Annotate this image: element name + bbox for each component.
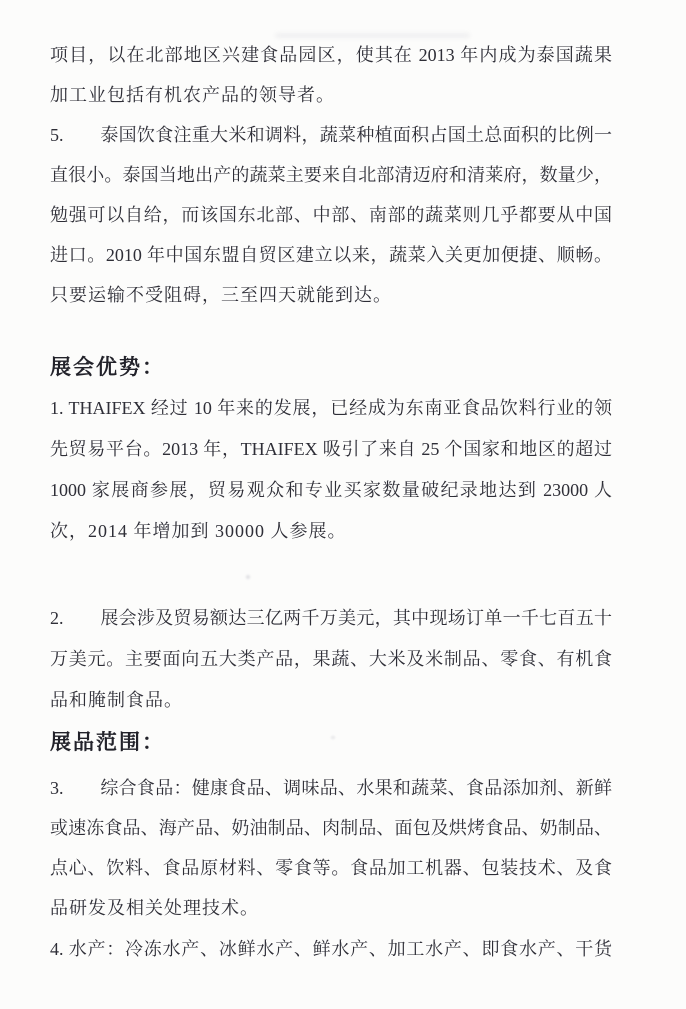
text-line: 1. THAIFEX 经过 10 年来的发展，已经成为东南亚食品饮料行业的领 (50, 388, 612, 429)
section-heading-exhibition-advantages: 展会优势： (50, 347, 612, 387)
paragraph-item5: 5. 泰国饮食注重大米和调料，蔬菜种植面积占国土总面积的比例一 直很小。泰国当地… (50, 115, 612, 315)
paragraph-item2: 2. 展会涉及贸易额达三亿两千万美元，其中现场订单一千七百五十 万美元。主要面向… (50, 598, 612, 721)
text-line: 或速冻食品、海产品、奶油制品、肉制品、面包及烘烤食品、奶制品、 (50, 808, 612, 848)
text-line: 品研发及相关处理技术。 (50, 888, 612, 928)
text-line: 2. 展会涉及贸易额达三亿两千万美元，其中现场订单一千七百五十 (50, 598, 612, 639)
text-line: 项目，以在北部地区兴建食品园区，使其在 2013 年内成为泰国蔬果 (50, 35, 612, 75)
text-line: 次，2014 年增加到 30000 人参展。 (50, 511, 612, 552)
section-heading-exhibit-scope: 展品范围： (50, 722, 612, 762)
text-line: 进口。2010 年中国东盟自贸区建立以来，蔬菜入关更加便捷、顺畅。 (50, 235, 612, 275)
text-line: 5. 泰国饮食注重大米和调料，蔬菜种植面积占国土总面积的比例一 (50, 115, 612, 155)
text-line: 先贸易平台。2013 年，THAIFEX 吸引了来自 25 个国家和地区的超过 (50, 429, 612, 470)
text-line: 直很小。泰国当地出产的蔬菜主要来自北部清迈府和清莱府，数量少， (50, 155, 612, 195)
paragraph-item3: 3. 综合食品：健康食品、调味品、水果和蔬菜、食品添加剂、新鲜 或速冻食品、海产… (50, 768, 612, 928)
text-line: 只要运输不受阻碍，三至四天就能到达。 (50, 275, 612, 315)
scan-speckle (331, 736, 335, 739)
text-line: 1000 家展商参展，贸易观众和专业买家数量破纪录地达到 23000 人 (50, 470, 612, 511)
paragraph-intro: 项目，以在北部地区兴建食品园区，使其在 2013 年内成为泰国蔬果 加工业包括有… (50, 35, 612, 115)
text-line: 点心、饮料、食品原材料、零食等。食品加工机器、包装技术、及食 (50, 848, 612, 888)
scanned-document-page: 项目，以在北部地区兴建食品园区，使其在 2013 年内成为泰国蔬果 加工业包括有… (0, 0, 686, 1009)
text-line: 加工业包括有机农产品的领导者。 (50, 75, 612, 115)
text-line: 勉强可以自给，而该国东北部、中部、南部的蔬菜则几乎都要从中国 (50, 195, 612, 235)
text-line: 品和腌制食品。 (50, 680, 612, 721)
text-line: 3. 综合食品：健康食品、调味品、水果和蔬菜、食品添加剂、新鲜 (50, 768, 612, 808)
paragraph-item4: 4. 水产：冷冻水产、冰鲜水产、鲜水产、加工水产、即食水产、干货 (50, 929, 612, 969)
paragraph-item1: 1. THAIFEX 经过 10 年来的发展，已经成为东南亚食品饮料行业的领 先… (50, 388, 612, 552)
text-line: 万美元。主要面向五大类产品，果蔬、大米及米制品、零食、有机食 (50, 639, 612, 680)
text-line: 4. 水产：冷冻水产、冰鲜水产、鲜水产、加工水产、即食水产、干货 (50, 929, 612, 969)
scan-speckle (246, 575, 250, 579)
